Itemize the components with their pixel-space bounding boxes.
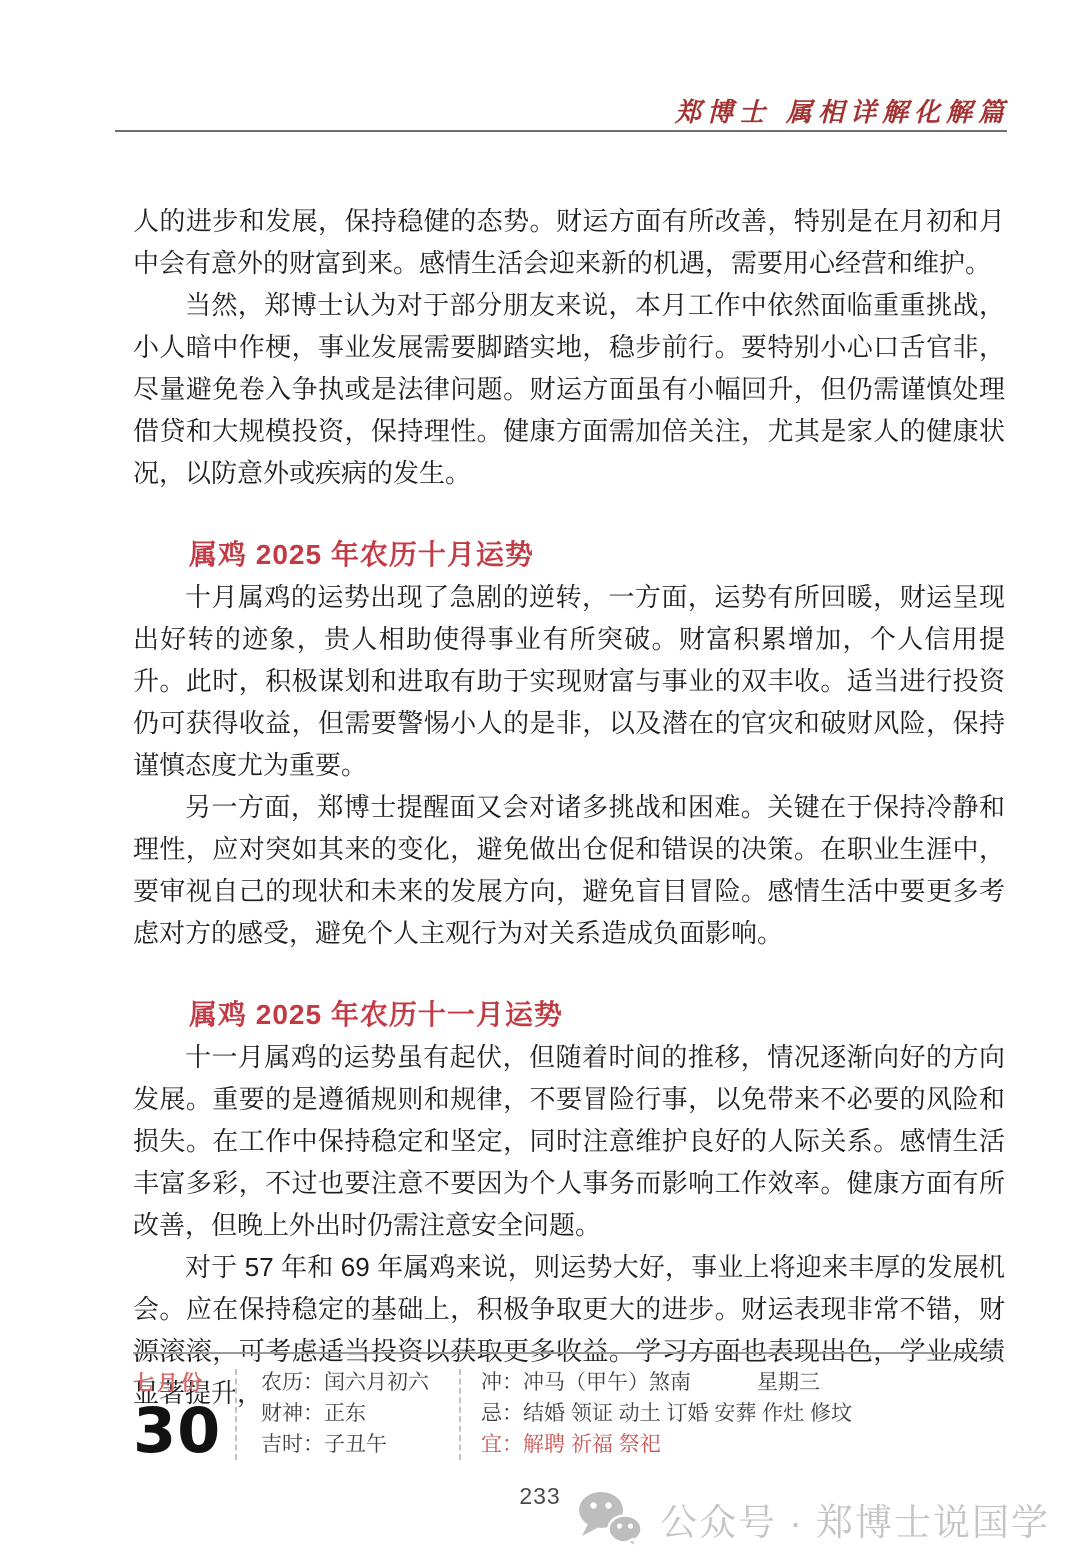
weekday-label: 星期三	[757, 1367, 820, 1398]
watermark: 公众号 · 郑博士说国学	[577, 1489, 1050, 1549]
lucky-hours-label: 吉时：	[261, 1433, 324, 1456]
avoid-value: 结婚 领证 动土 订婚 安葬 作灶 修坟	[523, 1402, 852, 1425]
paragraph: 当然，郑博士认为对于部分朋友来说，本月工作中依然面临重重挑战，小人暗中作梗，事业…	[133, 284, 1005, 494]
section-heading-november: 属鸡 2025 年农历十一月运势	[133, 994, 1005, 1036]
almanac-advice-column: 冲：冲马（甲午）煞南星期三 忌：结婚 领证 动土 订婚 安葬 作灶 修坟 宜：解…	[461, 1367, 993, 1462]
clash-row: 冲：冲马（甲午）煞南星期三	[481, 1367, 993, 1398]
wealth-god-label: 财神：	[261, 1402, 324, 1425]
suitable-label: 宜：	[481, 1433, 523, 1456]
avoid-row: 忌：结婚 领证 动土 订婚 安葬 作灶 修坟	[481, 1398, 993, 1429]
suitable-row: 宜：解聘 祈福 祭祀	[481, 1429, 993, 1460]
paragraph: 另一方面，郑博士提醒面又会对诸多挑战和困难。关键在于保持冷静和理性，应对突如其来…	[133, 786, 1005, 954]
header-divider	[115, 130, 1007, 132]
almanac-panel: 七月份 30 农历：闰六月初六 财神：正东 吉时：子丑午 冲：冲马（甲午）煞南星…	[133, 1352, 993, 1462]
lunar-value: 闰六月初六	[324, 1371, 429, 1394]
almanac-date-block: 七月份 30	[133, 1367, 235, 1462]
lunar-label: 农历：	[261, 1371, 324, 1394]
lunar-date-row: 农历：闰六月初六	[261, 1367, 459, 1398]
lucky-hours-value: 子丑午	[324, 1433, 387, 1456]
section-heading-october: 属鸡 2025 年农历十月运势	[133, 534, 1005, 576]
month-label: 七月份	[133, 1367, 235, 1397]
wechat-icon	[577, 1489, 643, 1549]
wealth-god-row: 财神：正东	[261, 1398, 459, 1429]
lucky-hours-row: 吉时：子丑午	[261, 1429, 459, 1460]
article-body: 人的进步和发展，保持稳健的态势。财运方面有所改善，特别是在月初和月中会有意外的财…	[133, 200, 1005, 1414]
suitable-value: 解聘 祈福 祭祀	[523, 1433, 661, 1456]
clash-value: 冲马（甲午）煞南	[523, 1371, 691, 1394]
watermark-text: 公众号 · 郑博士说国学	[660, 1492, 1050, 1546]
day-number: 30	[133, 1399, 235, 1462]
clash-label: 冲：	[481, 1371, 523, 1394]
paragraph: 十一月属鸡的运势虽有起伏，但随着时间的推移，情况逐渐向好的方向发展。重要的是遵循…	[133, 1036, 1005, 1246]
paragraph: 十月属鸡的运势出现了急剧的逆转，一方面，运势有所回暖，财运呈现出好转的迹象，贵人…	[133, 576, 1005, 786]
wealth-god-value: 正东	[324, 1402, 366, 1425]
paragraph: 人的进步和发展，保持稳健的态势。财运方面有所改善，特别是在月初和月中会有意外的财…	[133, 200, 1005, 284]
avoid-label: 忌：	[481, 1402, 523, 1425]
running-head-title: 郑博士 属相详解化解篇	[675, 92, 1010, 129]
almanac-lunar-column: 农历：闰六月初六 财神：正东 吉时：子丑午	[237, 1367, 459, 1462]
